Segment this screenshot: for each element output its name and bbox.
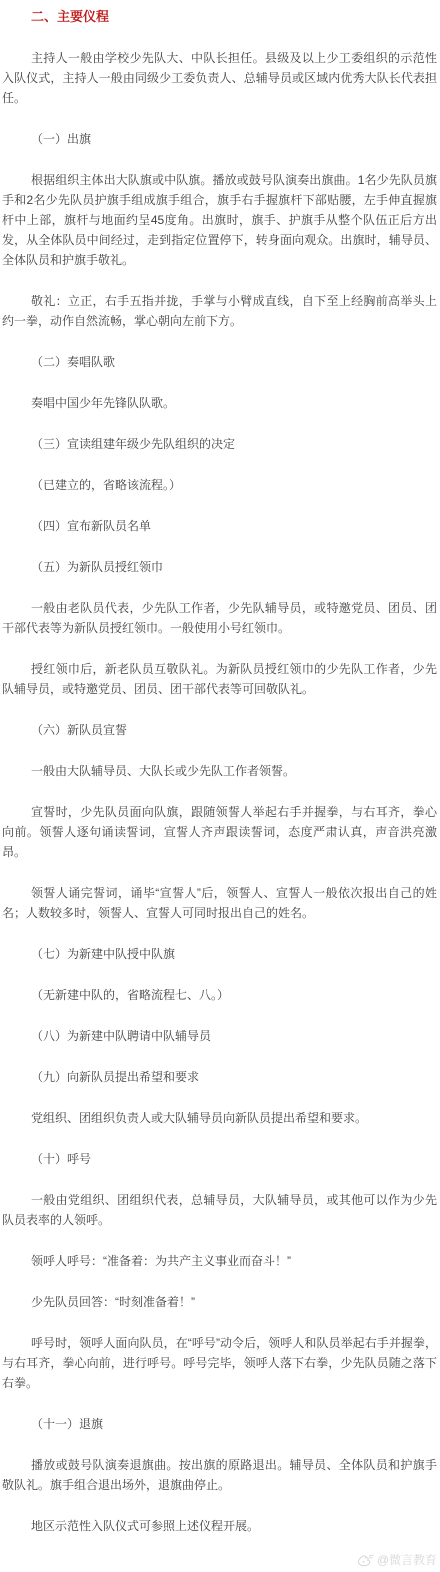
section-heading: （三）宣读组建年级少先队组织的决定 — [2, 434, 437, 454]
paragraph: 一般由老队员代表，少先队工作者，少先队辅导员，或特邀党员、团员、团干部代表等为新… — [2, 598, 437, 638]
section-heading: （二）奏唱队歌 — [2, 352, 437, 372]
section-heading: （一）出旗 — [2, 129, 437, 149]
section-heading: （十）呼号 — [2, 1149, 437, 1169]
paragraph: 根据组织主体出大队旗或中队旗。播放或鼓号队演奏出旗曲。1名少先队员旗手和2名少先… — [2, 170, 437, 270]
paragraph: 党组织、团组织负责人或大队辅导员向新队员提出希望和要求。 — [2, 1108, 437, 1128]
section-heading: （十一）退旗 — [2, 1414, 437, 1434]
paragraph: （无新建中队的，省略流程七、八。） — [2, 985, 437, 1005]
paragraph: 呼号时，领呼人面向队员，在“呼号”动令后，领呼人和队员举起右手并握拳，与右耳齐，… — [2, 1333, 437, 1393]
section-heading: （九）向新队员提出希望和要求 — [2, 1067, 437, 1087]
section-heading: （七）为新建中队授中队旗 — [2, 944, 437, 964]
paragraph: 主持人一般由学校少先队大、中队长担任。县级及以上少工委组织的示范性入队仪式，主持… — [2, 48, 437, 108]
paragraph: 播放或鼓号队演奏退旗曲。按出旗的原路退出。辅导员、全体队员和护旗手敬队礼。旗手组… — [2, 1455, 437, 1495]
paragraph: 宣誓时，少先队员面向队旗，跟随领誓人举起右手并握拳，与右耳齐，拳心向前。领誓人逐… — [2, 802, 437, 862]
paragraph: （已建立的，省略该流程。） — [2, 475, 437, 495]
watermark: @微言教育 — [357, 1553, 437, 1567]
paragraph: 领呼人呼号：“准备着：为共产主义事业而奋斗！” — [2, 1251, 437, 1271]
paragraph: 一般由党组织、团组织代表，总辅导员，大队辅导员，或其他可以作为少先队员表率的人领… — [2, 1190, 437, 1230]
paragraph: 地区示范性入队仪式可参照上述仪程开展。 — [2, 1516, 437, 1536]
weibo-logo-icon — [357, 1553, 374, 1567]
paragraph: 敬礼：立正，右手五指并拢，手掌与小臂成直线，自下至上经胸前高举头上约一拳，动作自… — [2, 291, 437, 331]
paragraph: 少先队员回答：“时刻准备着！” — [2, 1292, 437, 1312]
paragraph: 领誓人诵完誓词，诵毕“宣誓人”后，领誓人、宣誓人一般依次报出自己的姓名；人数较多… — [2, 883, 437, 923]
paragraph: 奏唱中国少年先锋队队歌。 — [2, 393, 437, 413]
section-heading: （五）为新队员授红领巾 — [2, 557, 437, 577]
paragraph: 一般由大队辅导员、大队长或少先队工作者领誓。 — [2, 761, 437, 781]
section-heading: （八）为新建中队聘请中队辅导员 — [2, 1026, 437, 1046]
section-heading: （四）宣布新队员名单 — [2, 516, 437, 536]
article-body: 二、主要仪程 主持人一般由学校少先队大、中队长担任。县级及以上少工委组织的示范性… — [0, 0, 440, 1536]
section-heading: （六）新队员宣誓 — [2, 720, 437, 740]
watermark-handle: @微言教育 — [377, 1553, 437, 1567]
article-title: 二、主要仪程 — [2, 7, 437, 27]
paragraph: 授红领巾后，新老队员互敬队礼。为新队员授红领巾的少先队工作者，少先队辅导员，或特… — [2, 659, 437, 699]
